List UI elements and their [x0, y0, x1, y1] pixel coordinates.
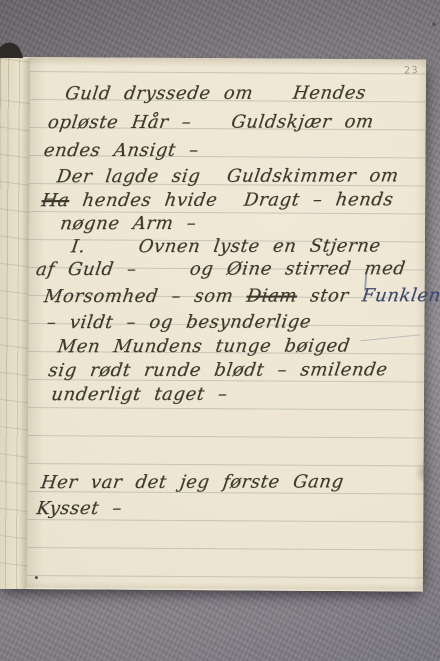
handwriting-segment: Guld dryssede om Hendes — [64, 82, 368, 104]
handwriting-segment: underligt taget – — [50, 384, 229, 405]
handwriting-segment: Der lagde sig Guldskimmer om — [55, 165, 400, 187]
handwriting-segment: sig rødt runde blødt – smilende — [47, 359, 389, 381]
handwriting-segment: nøgne Arm – — [59, 213, 198, 234]
handwriting-segment: af Guld – og Øine stirred med — [35, 258, 407, 280]
handwriting-segment: hendes hvide Dragt – hends — [68, 189, 395, 211]
handwriting-line: underligt taget – — [50, 384, 229, 405]
handwriting-line: Kysset – — [35, 498, 123, 519]
handwriting-segment: I. Ovnen lyste en Stjerne — [70, 235, 382, 257]
photo-scene: 23 Guld dryssede om Hendesopløste Hår – … — [0, 0, 440, 661]
handwriting-segment: endes Ansigt – — [42, 140, 200, 161]
handwriting-line: Ha hendes hvide Dragt – hends — [40, 189, 395, 211]
handwriting-line: endes Ansigt – — [42, 140, 200, 161]
handwriting-line: Men Mundens tunge bøiged — [56, 335, 351, 357]
handwriting-text: Guld dryssede om Hendesopløste Hår – Gul… — [0, 57, 426, 592]
notebook: 23 Guld dryssede om Hendesopløste Hår – … — [0, 57, 426, 592]
blue-ink-word: Funklende — [361, 285, 440, 306]
handwriting-line: nøgne Arm – — [59, 213, 198, 234]
handwriting-segment: Kysset – — [35, 498, 123, 519]
struck-word: Ha — [40, 190, 71, 211]
handwriting-segment: opløste Hår – Guldskjær om — [47, 111, 376, 133]
handwriting-line: – vildt – og besynderlige — [45, 311, 312, 333]
handwriting-line: I. Ovnen lyste en Stjerne — [70, 235, 382, 257]
handwriting-segment: Men Mundens tunge bøiged — [56, 335, 351, 357]
handwriting-line: af Guld – og Øine stirred med — [35, 258, 407, 280]
struck-word: Diam — [245, 285, 298, 306]
handwriting-line: sig rødt runde blødt – smilende — [47, 359, 389, 381]
handwriting-segment: stor — [296, 285, 364, 306]
handwriting-line: Her var det jeg første Gang — [39, 471, 345, 493]
handwriting-segment: – vildt – og besynderlige — [45, 311, 312, 333]
handwriting-line: Morsomhed – som Diam stor Funklende — [43, 285, 440, 307]
handwriting-line: opløste Hår – Guldskjær om — [47, 111, 376, 133]
handwriting-segment: Morsomhed – som — [43, 286, 249, 308]
handwriting-line: Guld dryssede om Hendes — [64, 82, 368, 104]
handwriting-line: Der lagde sig Guldskimmer om — [55, 165, 400, 187]
handwriting-segment: Her var det jeg første Gang — [39, 471, 345, 493]
